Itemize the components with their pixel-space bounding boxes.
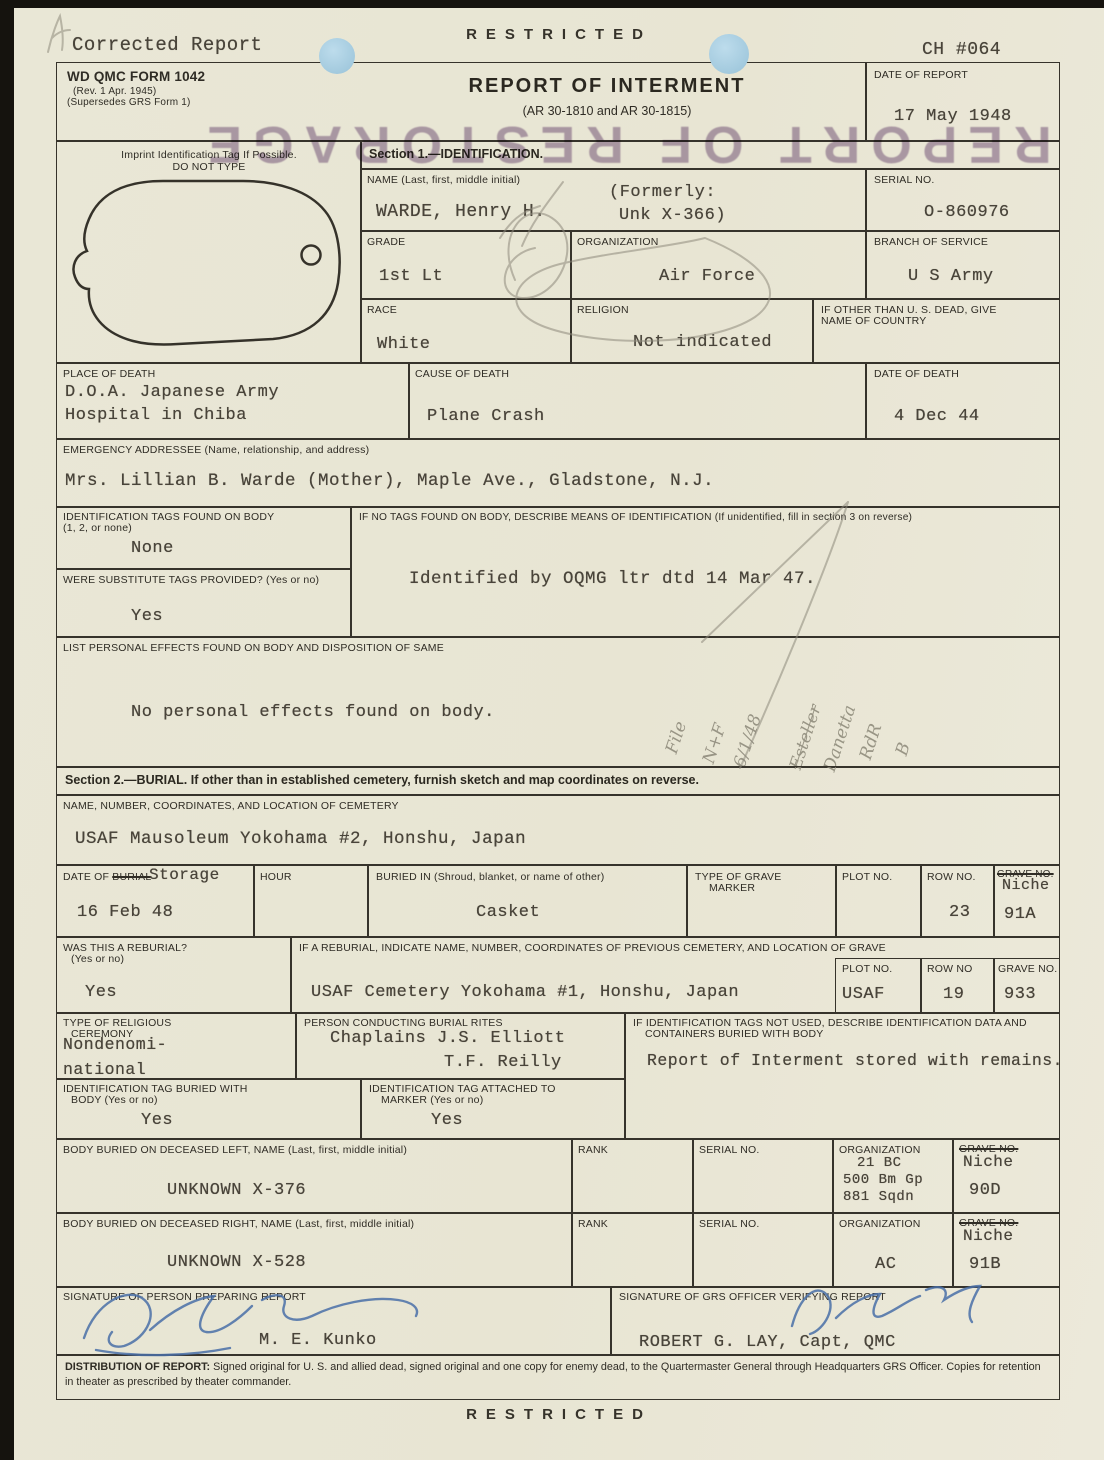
prev-row-no-cell: ROW NO 19 <box>920 958 995 1014</box>
branch-label: BRANCH OF SERVICE <box>874 236 988 248</box>
body-left-org-3: 881 Sqdn <box>843 1189 914 1206</box>
body-right-grave-cell: GRAVE NO. Niche 91B <box>952 1212 1060 1288</box>
organization-cell: ORGANIZATION Air Force <box>570 230 867 300</box>
prev-grave-no-cell: GRAVE NO. 933 <box>993 958 1060 1014</box>
organization-value: Air Force <box>659 267 755 287</box>
emergency-addressee-cell: EMERGENCY ADDRESSEE (Name, relationship,… <box>56 438 1060 508</box>
form-revision: (Rev. 1 Apr. 1945) <box>73 86 156 98</box>
ceremony-cell: TYPE OF RELIGIOUS CEREMONY Nondenomi- na… <box>56 1012 297 1080</box>
body-right-org-label: ORGANIZATION <box>839 1218 921 1230</box>
preparer-typed-name: M. E. Kunko <box>259 1331 377 1350</box>
substitute-tags-cell: WERE SUBSTITUTE TAGS PROVIDED? (Yes or n… <box>56 568 352 638</box>
body-right-grave-overtype: Niche <box>963 1227 1014 1246</box>
tags-found-label-2: (1, 2, or none) <box>63 522 132 534</box>
buried-in-value: Casket <box>476 903 540 923</box>
cause-of-death-label: CAUSE OF DEATH <box>415 368 509 380</box>
verifier-typed-name: ROBERT G. LAY, Capt, QMC <box>639 1333 896 1352</box>
no-tags-label: IF NO TAGS FOUND ON BODY, DESCRIBE MEANS… <box>359 512 912 524</box>
cause-of-death-value: Plane Crash <box>427 407 545 427</box>
previous-cemetery-value: USAF Cemetery Yokohama #1, Honshu, Japan <box>311 983 739 1003</box>
body-left-org-cell: ORGANIZATION 21 BC 500 Bm Gp 881 Sqdn <box>832 1138 954 1214</box>
tag-on-marker-label-2: MARKER (Yes or no) <box>381 1094 483 1106</box>
ceremony-value-2: national <box>63 1060 146 1080</box>
date-of-burial-value: 16 Feb 48 <box>77 903 173 923</box>
row-no-value: 23 <box>949 903 970 923</box>
plot-no-label: PLOT NO. <box>842 871 892 883</box>
burial-rites-value-2: T.F. Reilly <box>444 1053 562 1073</box>
buried-in-label: BURIED IN (Shroud, blanket, or name of o… <box>376 871 604 883</box>
body-right-label: BODY BURIED ON DECEASED RIGHT, NAME (Las… <box>63 1218 414 1230</box>
ch-number: CH #064 <box>922 40 1001 62</box>
burial-rites-label: PERSON CONDUCTING BURIAL RITES <box>304 1017 503 1029</box>
cemetery-value: USAF Mausoleum Yokohama #2, Honshu, Japa… <box>75 829 526 850</box>
religion-label: RELIGION <box>577 304 629 316</box>
branch-cell: BRANCH OF SERVICE U S Army <box>865 230 1060 300</box>
date-of-death-value: 4 Dec 44 <box>894 407 980 427</box>
prev-row-no-label: ROW NO <box>927 963 973 975</box>
branch-value: U S Army <box>908 267 994 287</box>
cause-of-death-cell: CAUSE OF DEATH Plane Crash <box>408 362 867 440</box>
plot-no-cell: PLOT NO. <box>835 864 922 938</box>
serial-value: O-860976 <box>924 203 1010 223</box>
body-right-grave-value: 91B <box>969 1255 1001 1275</box>
substitute-tags-value: Yes <box>131 607 163 627</box>
country-cell: IF OTHER THAN U. S. DEAD, GIVE NAME OF C… <box>812 298 1060 364</box>
name-label: NAME (Last, first, middle initial) <box>367 174 520 186</box>
previous-cemetery-label: IF A REBURIAL, INDICATE NAME, NUMBER, CO… <box>299 942 886 954</box>
place-of-death-cell: PLACE OF DEATH D.O.A. Japanese Army Hosp… <box>56 362 410 440</box>
hole-punch-dot <box>319 38 355 74</box>
distribution-cell: DISTRIBUTION OF REPORT: Signed original … <box>56 1354 1060 1400</box>
body-right-org-value: AC <box>875 1255 896 1275</box>
date-of-death-label: DATE OF DEATH <box>874 368 959 380</box>
burial-rites-cell: PERSON CONDUCTING BURIAL RITES Chaplains… <box>295 1012 626 1080</box>
name-formerly-2: Unk X-366) <box>619 206 726 226</box>
tags-found-value: None <box>131 539 174 559</box>
cemetery-cell: NAME, NUMBER, COORDINATES, AND LOCATION … <box>56 794 1060 866</box>
serial-cell: SERIAL NO. O-860976 <box>865 168 1060 232</box>
personal-effects-value: No personal effects found on body. <box>131 703 495 723</box>
distribution-label: DISTRIBUTION OF REPORT: <box>65 1361 210 1373</box>
prev-plot-no-cell: PLOT NO. USAF <box>835 958 922 1014</box>
row-no-label: ROW NO. <box>927 871 976 883</box>
hour-cell: HOUR <box>253 864 369 938</box>
reburial-value: Yes <box>85 983 117 1003</box>
body-left-cell: BODY BURIED ON DECEASED LEFT, NAME (Last… <box>56 1138 573 1214</box>
grave-no-value: 91A <box>1004 905 1036 925</box>
grade-label: GRADE <box>367 236 405 248</box>
body-left-rank-cell: RANK <box>571 1138 694 1214</box>
restorage-stamp: REPORT OF RESTORAGE <box>164 64 1084 174</box>
burial-rites-value-1: Chaplains J.S. Elliott <box>330 1029 565 1049</box>
id-data-label-2: CONTAINERS BURIED WITH BODY <box>645 1028 823 1040</box>
body-left-serial-cell: SERIAL NO. <box>692 1138 834 1214</box>
preparer-signature-cell: SIGNATURE OF PERSON PREPARING REPORT M. … <box>56 1286 612 1356</box>
reburial-cell: WAS THIS A REBURIAL? (Yes or no) Yes <box>56 936 292 1014</box>
prev-plot-no-value: USAF <box>842 985 885 1005</box>
tag-with-body-value: Yes <box>141 1111 173 1131</box>
serial-label: SERIAL NO. <box>874 174 935 186</box>
body-left-org-2: 500 Bm Gp <box>843 1172 923 1189</box>
date-of-burial-overtype: Storage <box>149 866 220 885</box>
cemetery-label: NAME, NUMBER, COORDINATES, AND LOCATION … <box>63 800 399 812</box>
body-right-cell: BODY BURIED ON DECEASED RIGHT, NAME (Las… <box>56 1212 573 1288</box>
substitute-tags-label: WERE SUBSTITUTE TAGS PROVIDED? (Yes or n… <box>63 574 319 586</box>
paper-sheet: RESTRICTED Corrected Report CH #064 WD Q… <box>14 8 1104 1460</box>
tag-with-body-label-2: BODY (Yes or no) <box>71 1094 158 1106</box>
ceremony-value-1: Nondenomi- <box>63 1035 167 1055</box>
body-right-serial-cell: SERIAL NO. <box>692 1212 834 1288</box>
hole-punch-dot <box>709 34 749 74</box>
body-left-serial-label: SERIAL NO. <box>699 1144 760 1156</box>
religion-value: Not indicated <box>633 333 772 353</box>
race-label: RACE <box>367 304 397 316</box>
tag-on-marker-value: Yes <box>431 1111 463 1131</box>
race-cell: RACE White <box>360 298 572 364</box>
grave-no-overtype: Niche <box>1002 877 1050 895</box>
body-right-rank-cell: RANK <box>571 1212 694 1288</box>
body-left-org-1: 21 BC <box>857 1155 902 1172</box>
row-no-cell: ROW NO. 23 <box>920 864 995 938</box>
preparer-signature-label: SIGNATURE OF PERSON PREPARING REPORT <box>63 1291 306 1303</box>
personal-effects-label: LIST PERSONAL EFFECTS FOUND ON BODY AND … <box>63 642 444 654</box>
verifier-signature-cell: SIGNATURE OF GRS OFFICER VERIFYING REPOR… <box>610 1286 1060 1356</box>
grave-marker-cell: TYPE OF GRAVE MARKER <box>686 864 837 938</box>
body-left-rank-label: RANK <box>578 1144 608 1156</box>
buried-in-cell: BURIED IN (Shroud, blanket, or name of o… <box>367 864 688 938</box>
dog-tag-outline <box>63 173 355 355</box>
name-formerly-1: (Formerly: <box>609 183 716 203</box>
no-tags-cell: IF NO TAGS FOUND ON BODY, DESCRIBE MEANS… <box>350 506 1060 638</box>
tags-found-cell: IDENTIFICATION TAGS FOUND ON BODY (1, 2,… <box>56 506 352 570</box>
corrected-report-note: Corrected Report <box>72 34 262 57</box>
body-left-grave-overtype: Niche <box>963 1153 1014 1172</box>
dog-tag-hole <box>302 246 321 265</box>
grave-marker-label-2: MARKER <box>709 882 755 894</box>
date-of-death-cell: DATE OF DEATH 4 Dec 44 <box>865 362 1060 440</box>
body-right-rank-label: RANK <box>578 1218 608 1230</box>
grave-no-cell: GRAVE NO. Niche 91A <box>993 864 1060 938</box>
body-right-serial-label: SERIAL NO. <box>699 1218 760 1230</box>
emergency-addressee-value: Mrs. Lillian B. Warde (Mother), Maple Av… <box>65 471 714 492</box>
scanned-form-page: RESTRICTED Corrected Report CH #064 WD Q… <box>0 0 1104 1460</box>
section2-title-rest: If other than in established cemetery, f… <box>191 773 699 787</box>
body-left-label: BODY BURIED ON DECEASED LEFT, NAME (Last… <box>63 1144 407 1156</box>
country-label-2: NAME OF COUNTRY <box>821 315 926 327</box>
place-of-death-label: PLACE OF DEATH <box>63 368 155 380</box>
distribution-text: Signed original for U. S. and allied dea… <box>65 1361 1041 1388</box>
body-left-grave-value: 90D <box>969 1181 1001 1201</box>
classification-bottom: RESTRICTED <box>14 1406 1104 1423</box>
prev-grave-no-label: GRAVE NO. <box>998 963 1057 975</box>
emergency-addressee-label: EMERGENCY ADDRESSEE (Name, relationship,… <box>63 444 369 456</box>
name-value: WARDE, Henry H. <box>376 202 546 224</box>
tag-on-marker-cell: IDENTIFICATION TAG ATTACHED TO MARKER (Y… <box>360 1078 626 1140</box>
section2-bar: Section 2.—BURIAL. If other than in esta… <box>56 766 1060 796</box>
section2-title-bold: Section 2.—BURIAL. <box>65 773 187 787</box>
date-of-burial-label: DATE OF BURIAL <box>63 871 151 883</box>
race-value: White <box>377 335 431 355</box>
date-of-burial-cell: DATE OF BURIAL Storage 16 Feb 48 <box>56 864 255 938</box>
date-of-burial-label-prefix: DATE OF <box>63 871 112 883</box>
place-of-death-value-1: D.O.A. Japanese Army <box>65 383 279 403</box>
name-cell: NAME (Last, first, middle initial) WARDE… <box>360 168 867 232</box>
tag-with-body-cell: IDENTIFICATION TAG BURIED WITH BODY (Yes… <box>56 1078 362 1140</box>
body-right-org-cell: ORGANIZATION AC <box>832 1212 954 1288</box>
place-of-death-value-2: Hospital in Chiba <box>65 406 247 426</box>
no-tags-value: Identified by OQMG ltr dtd 14 Mar 47. <box>409 569 816 590</box>
id-data-cell: IF IDENTIFICATION TAGS NOT USED, DESCRIB… <box>624 1012 1060 1140</box>
religion-cell: RELIGION Not indicated <box>570 298 814 364</box>
id-data-value: Report of Interment stored with remains. <box>647 1051 1063 1071</box>
grade-cell: GRADE 1st Lt <box>360 230 572 300</box>
reburial-label-2: (Yes or no) <box>71 953 124 965</box>
body-right-value: UNKNOWN X-528 <box>167 1253 306 1273</box>
organization-label: ORGANIZATION <box>577 236 659 248</box>
prev-row-no-value: 19 <box>943 985 964 1005</box>
body-left-value: UNKNOWN X-376 <box>167 1181 306 1201</box>
prev-plot-no-label: PLOT NO. <box>842 963 892 975</box>
prev-grave-no-value: 933 <box>1004 985 1036 1005</box>
grade-value: 1st Lt <box>379 267 443 287</box>
date-of-burial-label-struck: BURIAL <box>112 871 151 883</box>
verifier-signature-label: SIGNATURE OF GRS OFFICER VERIFYING REPOR… <box>619 1291 886 1303</box>
hour-label: HOUR <box>260 871 292 883</box>
section2-title: Section 2.—BURIAL. If other than in esta… <box>65 773 699 787</box>
body-left-grave-cell: GRAVE NO. Niche 90D <box>952 1138 1060 1214</box>
